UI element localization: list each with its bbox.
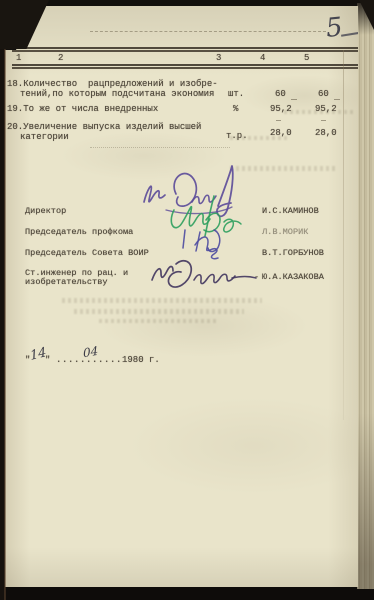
bleed-through-ghost [74, 309, 244, 314]
column-number-1: 1 [16, 54, 21, 63]
column-number-4: 4 [260, 54, 265, 63]
row-19-line1: 19.То же от числа внедренных [7, 105, 158, 114]
row-18-unit: шт. [228, 90, 244, 99]
bleed-through-ghost [99, 319, 219, 323]
underscore-mark [291, 99, 297, 100]
column-number-5: 5 [304, 54, 309, 63]
handwritten-month: 04 [83, 345, 99, 360]
name-profkom: Л.В.МОРИК [262, 228, 308, 237]
date-close-quote: " [45, 356, 50, 365]
dashed-rule [90, 31, 326, 32]
scanned-document-photo: 5 1 2 3 4 5 18.Количество рацпредложений… [0, 0, 374, 600]
row-19-unit: % [233, 105, 238, 114]
signature-engineer [146, 252, 258, 296]
row-18-line1: 18.Количество рацпредложений и изобре- [7, 80, 218, 89]
page-crease [343, 50, 344, 420]
name-engineer: Ю.А.КАЗАКОВА [262, 273, 324, 282]
row-18-line2: тений,по которым подсчитана экономия [20, 90, 214, 99]
title-profkom: Председатель профкома [25, 228, 133, 237]
document-page: 5 1 2 3 4 5 18.Количество рацпредложений… [4, 6, 358, 587]
page-left-edge [4, 0, 6, 600]
column-number-3: 3 [216, 54, 221, 63]
table-rule-top [12, 47, 360, 52]
name-director: И.С.КАМИНОВ [262, 207, 319, 216]
row-20-line2: категории [20, 133, 69, 142]
date-year: 1980 г. [122, 356, 160, 365]
row-20-line1: 20.Увеличение выпуска изделий высшей [7, 123, 201, 132]
name-voir: В.Т.ГОРБУНОВ [262, 249, 324, 258]
faint-dots [90, 147, 230, 148]
title-director: Директор [25, 207, 66, 216]
overbar-mark [276, 120, 281, 121]
bleed-through-ghost [230, 136, 290, 140]
row-20-value-fact: 28,0 [315, 129, 337, 138]
title-engineer-line2: изобретательству [25, 278, 108, 287]
overbar-mark [321, 120, 326, 121]
row-18-value-plan: 60 [275, 90, 286, 99]
book-page-edges [357, 3, 374, 589]
bleed-through-ghost [62, 298, 262, 303]
table-rule-bottom [12, 64, 360, 69]
row-18-value-fact: 60 [318, 90, 329, 99]
column-number-2: 2 [58, 54, 63, 63]
title-voir: Председатель Совета ВОИР [25, 249, 149, 258]
handwritten-page-number: 5 [325, 14, 344, 42]
underscore-mark [334, 99, 340, 100]
